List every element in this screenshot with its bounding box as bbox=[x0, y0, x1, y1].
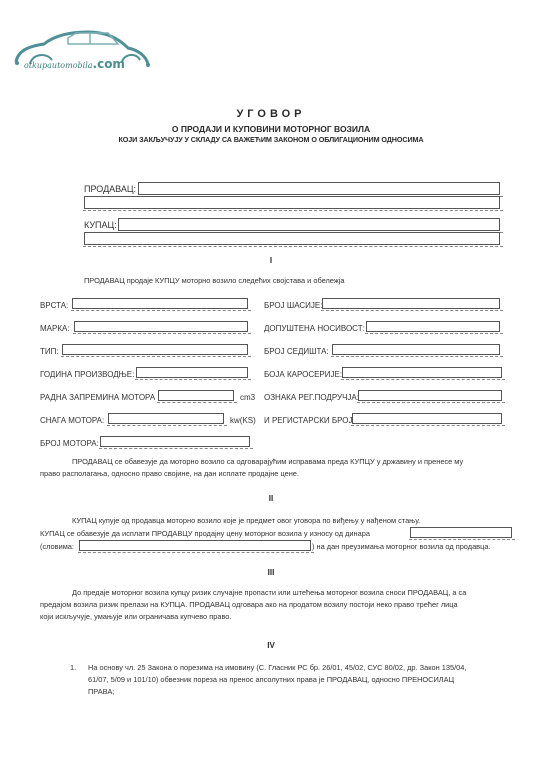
logo-text: otkupautomobila.com bbox=[24, 57, 125, 71]
buyer-field[interactable] bbox=[118, 218, 500, 231]
seller-field-line2[interactable] bbox=[84, 196, 500, 209]
nosivost-label: ДОПУШТЕНА НОСИВОСТ: bbox=[264, 324, 365, 333]
contract-title: УГОВОР bbox=[0, 108, 542, 120]
section-2-numeral: II bbox=[0, 494, 542, 503]
section-2-line1: КУПАЦ купује од продавца моторно возило … bbox=[40, 515, 510, 527]
boja-label: БОЈА КАРОСЕРИЈЕ: bbox=[264, 370, 342, 379]
contract-subtitle-2: КОЈИ ЗАКЉУЧУЈУ У СКЛАДУ СА ВАЖЕЋИМ ЗАКОН… bbox=[0, 135, 542, 144]
sedista-label: БРОЈ СЕДИШТА: bbox=[264, 347, 329, 356]
price-words-field[interactable] bbox=[79, 540, 311, 551]
section-1-numeral: I bbox=[0, 256, 542, 265]
section-3-numeral: III bbox=[0, 568, 542, 577]
company-logo: otkupautomobila.com bbox=[10, 8, 155, 70]
reg-podrucje-label: ОЗНАКА РЕГ.ПОДРУЧЈА: bbox=[264, 393, 359, 402]
marka-label: МАРКА: bbox=[40, 324, 70, 333]
vrsta-field[interactable] bbox=[72, 298, 248, 309]
broj-motora-label: БРОЈ МОТОРА: bbox=[40, 439, 99, 448]
section-4-numeral: IV bbox=[0, 641, 542, 650]
buyer-field-line2[interactable] bbox=[84, 232, 500, 245]
buyer-label: КУПАЦ: bbox=[84, 220, 117, 230]
zapremina-unit: cm3 bbox=[240, 393, 255, 402]
sasija-field[interactable] bbox=[322, 298, 500, 309]
reg-podrucje-field[interactable] bbox=[358, 390, 502, 401]
nosivost-field[interactable] bbox=[366, 321, 500, 332]
tip-field[interactable] bbox=[62, 344, 248, 355]
seller-label: ПРОДАВАЦ: bbox=[84, 184, 136, 194]
section-1-closing: ПРОДАВАЦ се обавезује да моторно возило … bbox=[40, 456, 510, 480]
broj-motora-field[interactable] bbox=[100, 436, 250, 447]
reg-broj-field[interactable] bbox=[352, 413, 502, 424]
item-1-number: 1. bbox=[70, 662, 76, 674]
snaga-unit: kw(KS) bbox=[230, 416, 256, 425]
boja-field[interactable] bbox=[342, 367, 502, 378]
seller-field[interactable] bbox=[138, 182, 500, 195]
section-4-item-1: На основу чл. 25 Закона о порезима на им… bbox=[88, 662, 518, 698]
snaga-label: СНАГА МОТОРА: bbox=[40, 416, 104, 425]
section-2-line3: ) на дан преузимања моторног возила од п… bbox=[312, 541, 491, 553]
vrsta-label: ВРСТА: bbox=[40, 301, 68, 310]
section-1-intro: ПРОДАВАЦ продаје КУПЦУ моторно возило сл… bbox=[84, 275, 345, 287]
sasija-label: БРОЈ ШАСИЈЕ: bbox=[264, 301, 322, 310]
zapremina-label: РАДНА ЗАПРЕМИНА МОТОРА bbox=[40, 393, 155, 402]
godina-field[interactable] bbox=[136, 367, 248, 378]
contract-subtitle: О ПРОДАЈИ И КУПОВИНИ МОТОРНОГ ВОЗИЛА bbox=[0, 124, 542, 134]
godina-label: ГОДИНА ПРОИЗВОДЊЕ: bbox=[40, 370, 134, 379]
snaga-field[interactable] bbox=[108, 413, 224, 424]
price-field[interactable] bbox=[410, 527, 512, 538]
section-2-line2: КУПАЦ се обавезује да исплати ПРОДАВЦУ п… bbox=[40, 528, 370, 540]
words-label: (словима: bbox=[40, 541, 74, 553]
reg-broj-label: И РЕГИСТАРСКИ БРОЈ: bbox=[264, 416, 355, 425]
tip-label: ТИП: bbox=[40, 347, 59, 356]
section-3-text: До предаје моторног возила купцу ризик с… bbox=[40, 587, 520, 623]
sedista-field[interactable] bbox=[332, 344, 500, 355]
zapremina-field[interactable] bbox=[158, 390, 234, 401]
marka-field[interactable] bbox=[74, 321, 248, 332]
